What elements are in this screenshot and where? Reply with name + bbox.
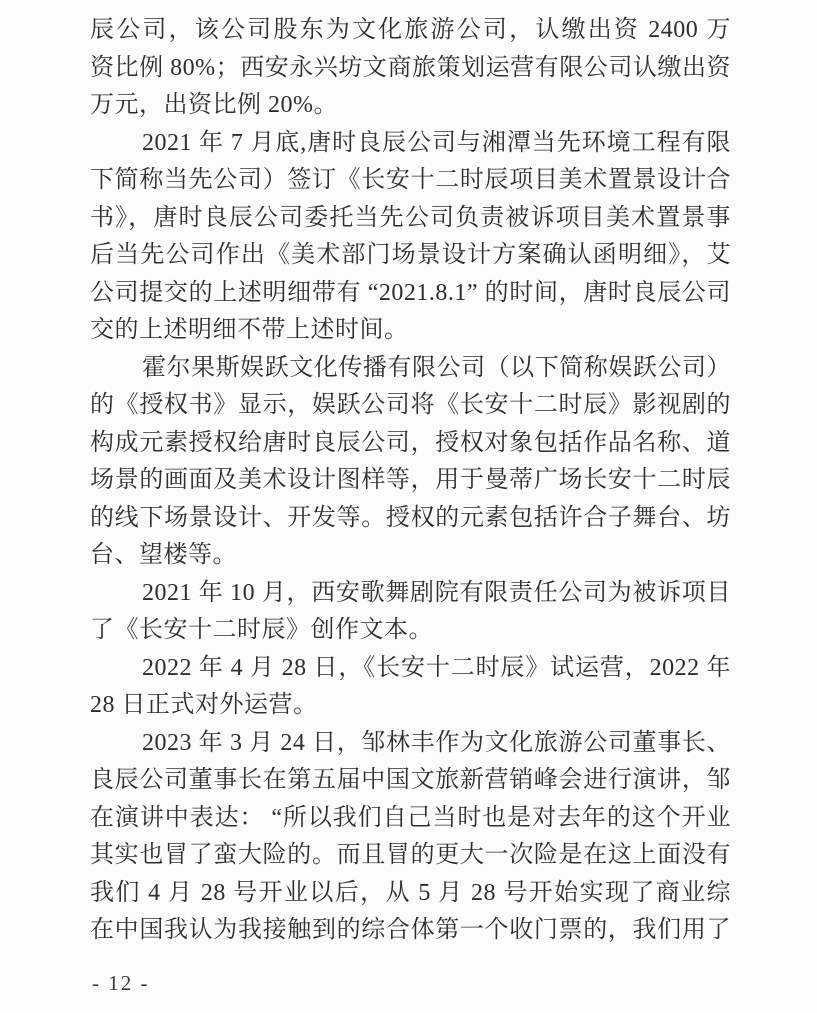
paragraph: 2022 年 4 月 28 日，《长安十二时辰》试运营，2022 年 5 月 2… — [90, 650, 731, 725]
text-line: 辰公司，该公司股东为文化旅游公司，认缴出资 2400 万元，出 — [90, 12, 731, 50]
paragraph: 2023 年 3 月 24 日，邹林丰作为文化旅游公司董事长、唐时 良辰公司董事… — [90, 725, 731, 950]
text-line: 书》，唐时良辰公司委托当先公司负责被诉项目美术置景事宜。 — [90, 200, 731, 238]
text-line: 的《授权书》显示，娱跃公司将《长安十二时辰》影视剧的作品 — [90, 387, 731, 425]
body-text: 辰公司，该公司股东为文化旅游公司，认缴出资 2400 万元，出 资比例 80%；… — [90, 12, 731, 950]
text-line: 场景的画面及美术设计图样等，用于曼蒂广场长安十二时辰项目 — [90, 462, 731, 500]
text-line: 下简称当先公司）签订《长安十二时辰项目美术置景设计合同 — [90, 162, 731, 200]
text-line: 良辰公司董事长在第五届中国文旅新营销峰会进行演讲，邹林丰 — [90, 762, 731, 800]
text-line: 在中国我认为我接触到的综合体第一个收门票的，我们用了一个 — [90, 912, 731, 950]
text-line: 2022 年 4 月 28 日，《长安十二时辰》试运营，2022 年 5 月 — [90, 650, 731, 688]
text-line: 28 日正式对外运营。 — [90, 687, 731, 725]
text-line: 的线下场景设计、开发等。授权的元素包括许合子舞台、坊间戏 — [90, 500, 731, 538]
text-line: 交的上述明细不带上述时间。 — [90, 312, 731, 350]
text-line: 资比例 80%；西安永兴坊文商旅策划运营有限公司认缴出资 600 — [90, 50, 731, 88]
page-number: - 12 - — [92, 971, 150, 996]
text-line: 我们 4 月 28 号开业以后，从 5 月 28 号开始实现了商业综合体， — [90, 875, 731, 913]
text-line: 霍尔果斯娱跃文化传播有限公司（以下简称娱跃公司）出具 — [90, 350, 731, 388]
paragraph: 霍尔果斯娱跃文化传播有限公司（以下简称娱跃公司）出具 的《授权书》显示，娱跃公司… — [90, 350, 731, 575]
paragraph: 2021 年 7 月底,唐时良辰公司与湘潭当先环境工程有限公（以 下简称当先公司… — [90, 125, 731, 350]
text-line: 了《长安十二时辰》创作文本。 — [90, 612, 731, 650]
text-line: 万元，出资比例 20%。 — [90, 87, 731, 125]
text-line: 2023 年 3 月 24 日，邹林丰作为文化旅游公司董事长、唐时 — [90, 725, 731, 763]
text-line: 2021 年 10 月，西安歌舞剧院有限责任公司为被诉项目创作 — [90, 575, 731, 613]
paragraph: 辰公司，该公司股东为文化旅游公司，认缴出资 2400 万元，出 资比例 80%；… — [90, 12, 731, 125]
text-line: 2021 年 7 月底,唐时良辰公司与湘潭当先环境工程有限公（以 — [90, 125, 731, 163]
text-line: 台、望楼等。 — [90, 537, 731, 575]
text-line: 其实也冒了蛮大险的。而且冒的更大一次险是在这上面没有写， — [90, 837, 731, 875]
paragraph: 2021 年 10 月，西安歌舞剧院有限责任公司为被诉项目创作 了《长安十二时辰… — [90, 575, 731, 650]
text-line: 在演讲中表达： “所以我们自己当时也是对去年的这个开业时间 — [90, 800, 731, 838]
document-page: 辰公司，该公司股东为文化旅游公司，认缴出资 2400 万元，出 资比例 80%；… — [0, 0, 817, 1013]
text-line: 构成元素授权给唐时良辰公司，授权对象包括作品名称、道具/ — [90, 425, 731, 463]
text-line: 后当先公司作出《美术部门场景设计方案确认函明细》，艾蒂亚 — [90, 237, 731, 275]
text-line: 公司提交的上述明细带有 “2021.8.1” 的时间，唐时良辰公司提 — [90, 275, 731, 313]
